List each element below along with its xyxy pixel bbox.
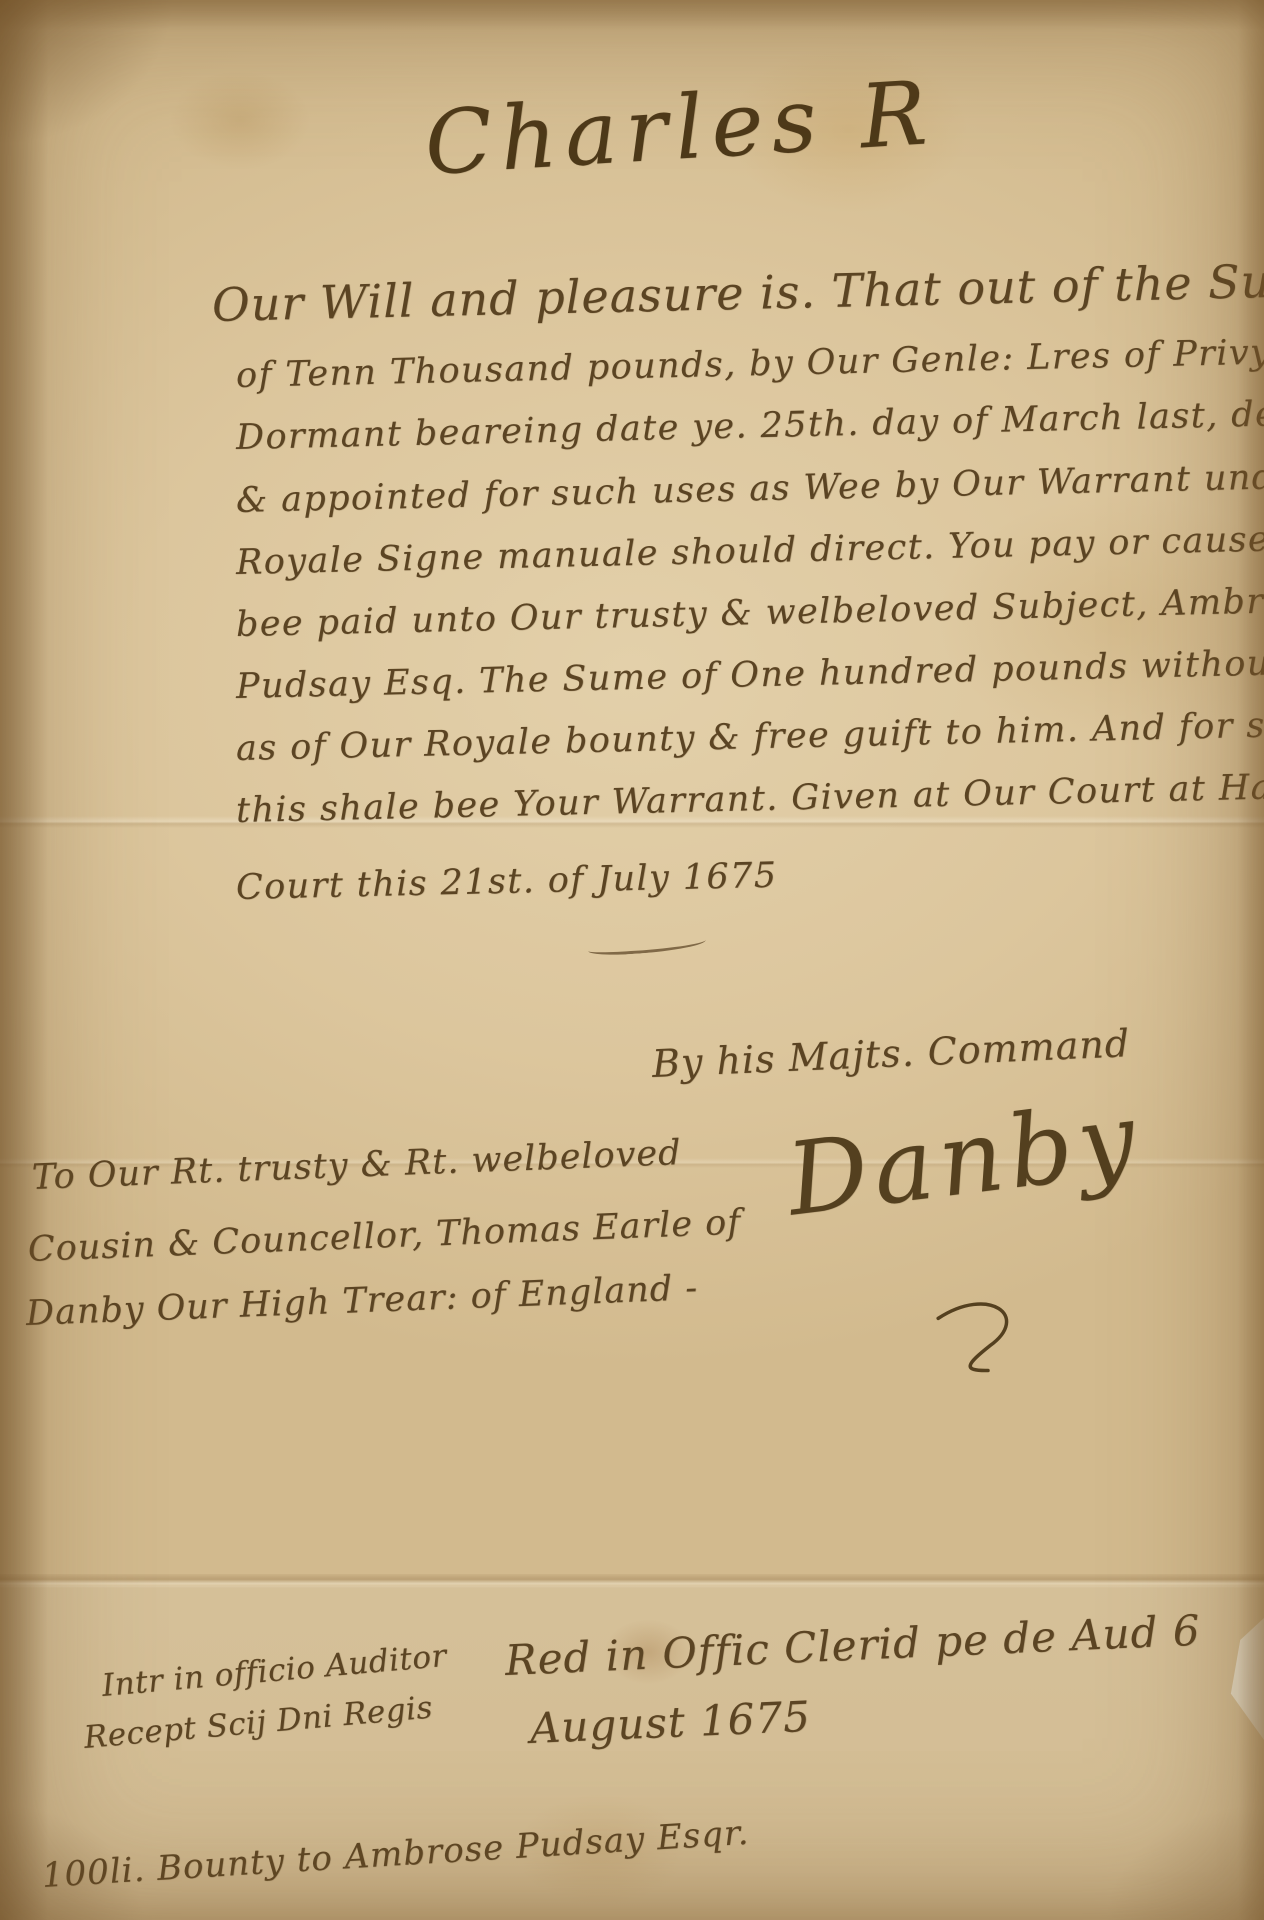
countersign-heading: By his Majts. Command xyxy=(651,1021,1131,1086)
body-line: of Tenn Thousand pounds, by Our Genle: L… xyxy=(236,330,1264,396)
countersignature-danby: Danby xyxy=(781,1079,1147,1238)
body-line: Pudsay Esq. The Sume of One hundred poun… xyxy=(236,639,1264,707)
royal-signature: Charles R xyxy=(422,61,937,195)
address-line: To Our Rt. trusty & Rt. welbeloved xyxy=(31,1133,682,1198)
page-edge-shadow-right xyxy=(1238,0,1264,1920)
endorsement-right-line: August 1675 xyxy=(529,1692,812,1753)
body-line: Royale Signe manuale should direct. You … xyxy=(236,518,1264,583)
address-line: Cousin & Councellor, Thomas Earle of xyxy=(27,1203,742,1270)
signature-paraph-flourish xyxy=(922,1284,1055,1388)
page-edge-shadow-left xyxy=(0,0,48,1920)
docket-line: 100li. Bounty to Ambrose Pudsay Esqr. xyxy=(41,1813,751,1896)
fold-crease-lower xyxy=(0,1574,1264,1588)
body-line: Our Will and pleasure is. That out of th… xyxy=(211,252,1264,332)
date-underline-flourish xyxy=(588,934,707,957)
body-line: & appointed for such uses as Wee by Our … xyxy=(236,455,1264,521)
body-line: Court this 21st. of July 1675 xyxy=(236,856,778,908)
body-line: bee paid unto Our trusty & welbeloved Su… xyxy=(236,580,1264,645)
body-line: Dormant beareing date ye. 25th. day of M… xyxy=(236,392,1264,458)
body-line: as of Our Royale bounty & free guift to … xyxy=(236,702,1264,769)
body-line: this shale bee Your Warrant. Given at Ou… xyxy=(236,765,1264,831)
page-edge-shadow-top xyxy=(0,0,1264,30)
manuscript-page: Charles R Our Will and pleasure is. That… xyxy=(0,0,1264,1920)
address-line: Danby Our High Trear: of England - xyxy=(25,1268,699,1334)
endorsement-right-line: Red in Offic Clerid pe de Aud 6 xyxy=(504,1606,1202,1685)
